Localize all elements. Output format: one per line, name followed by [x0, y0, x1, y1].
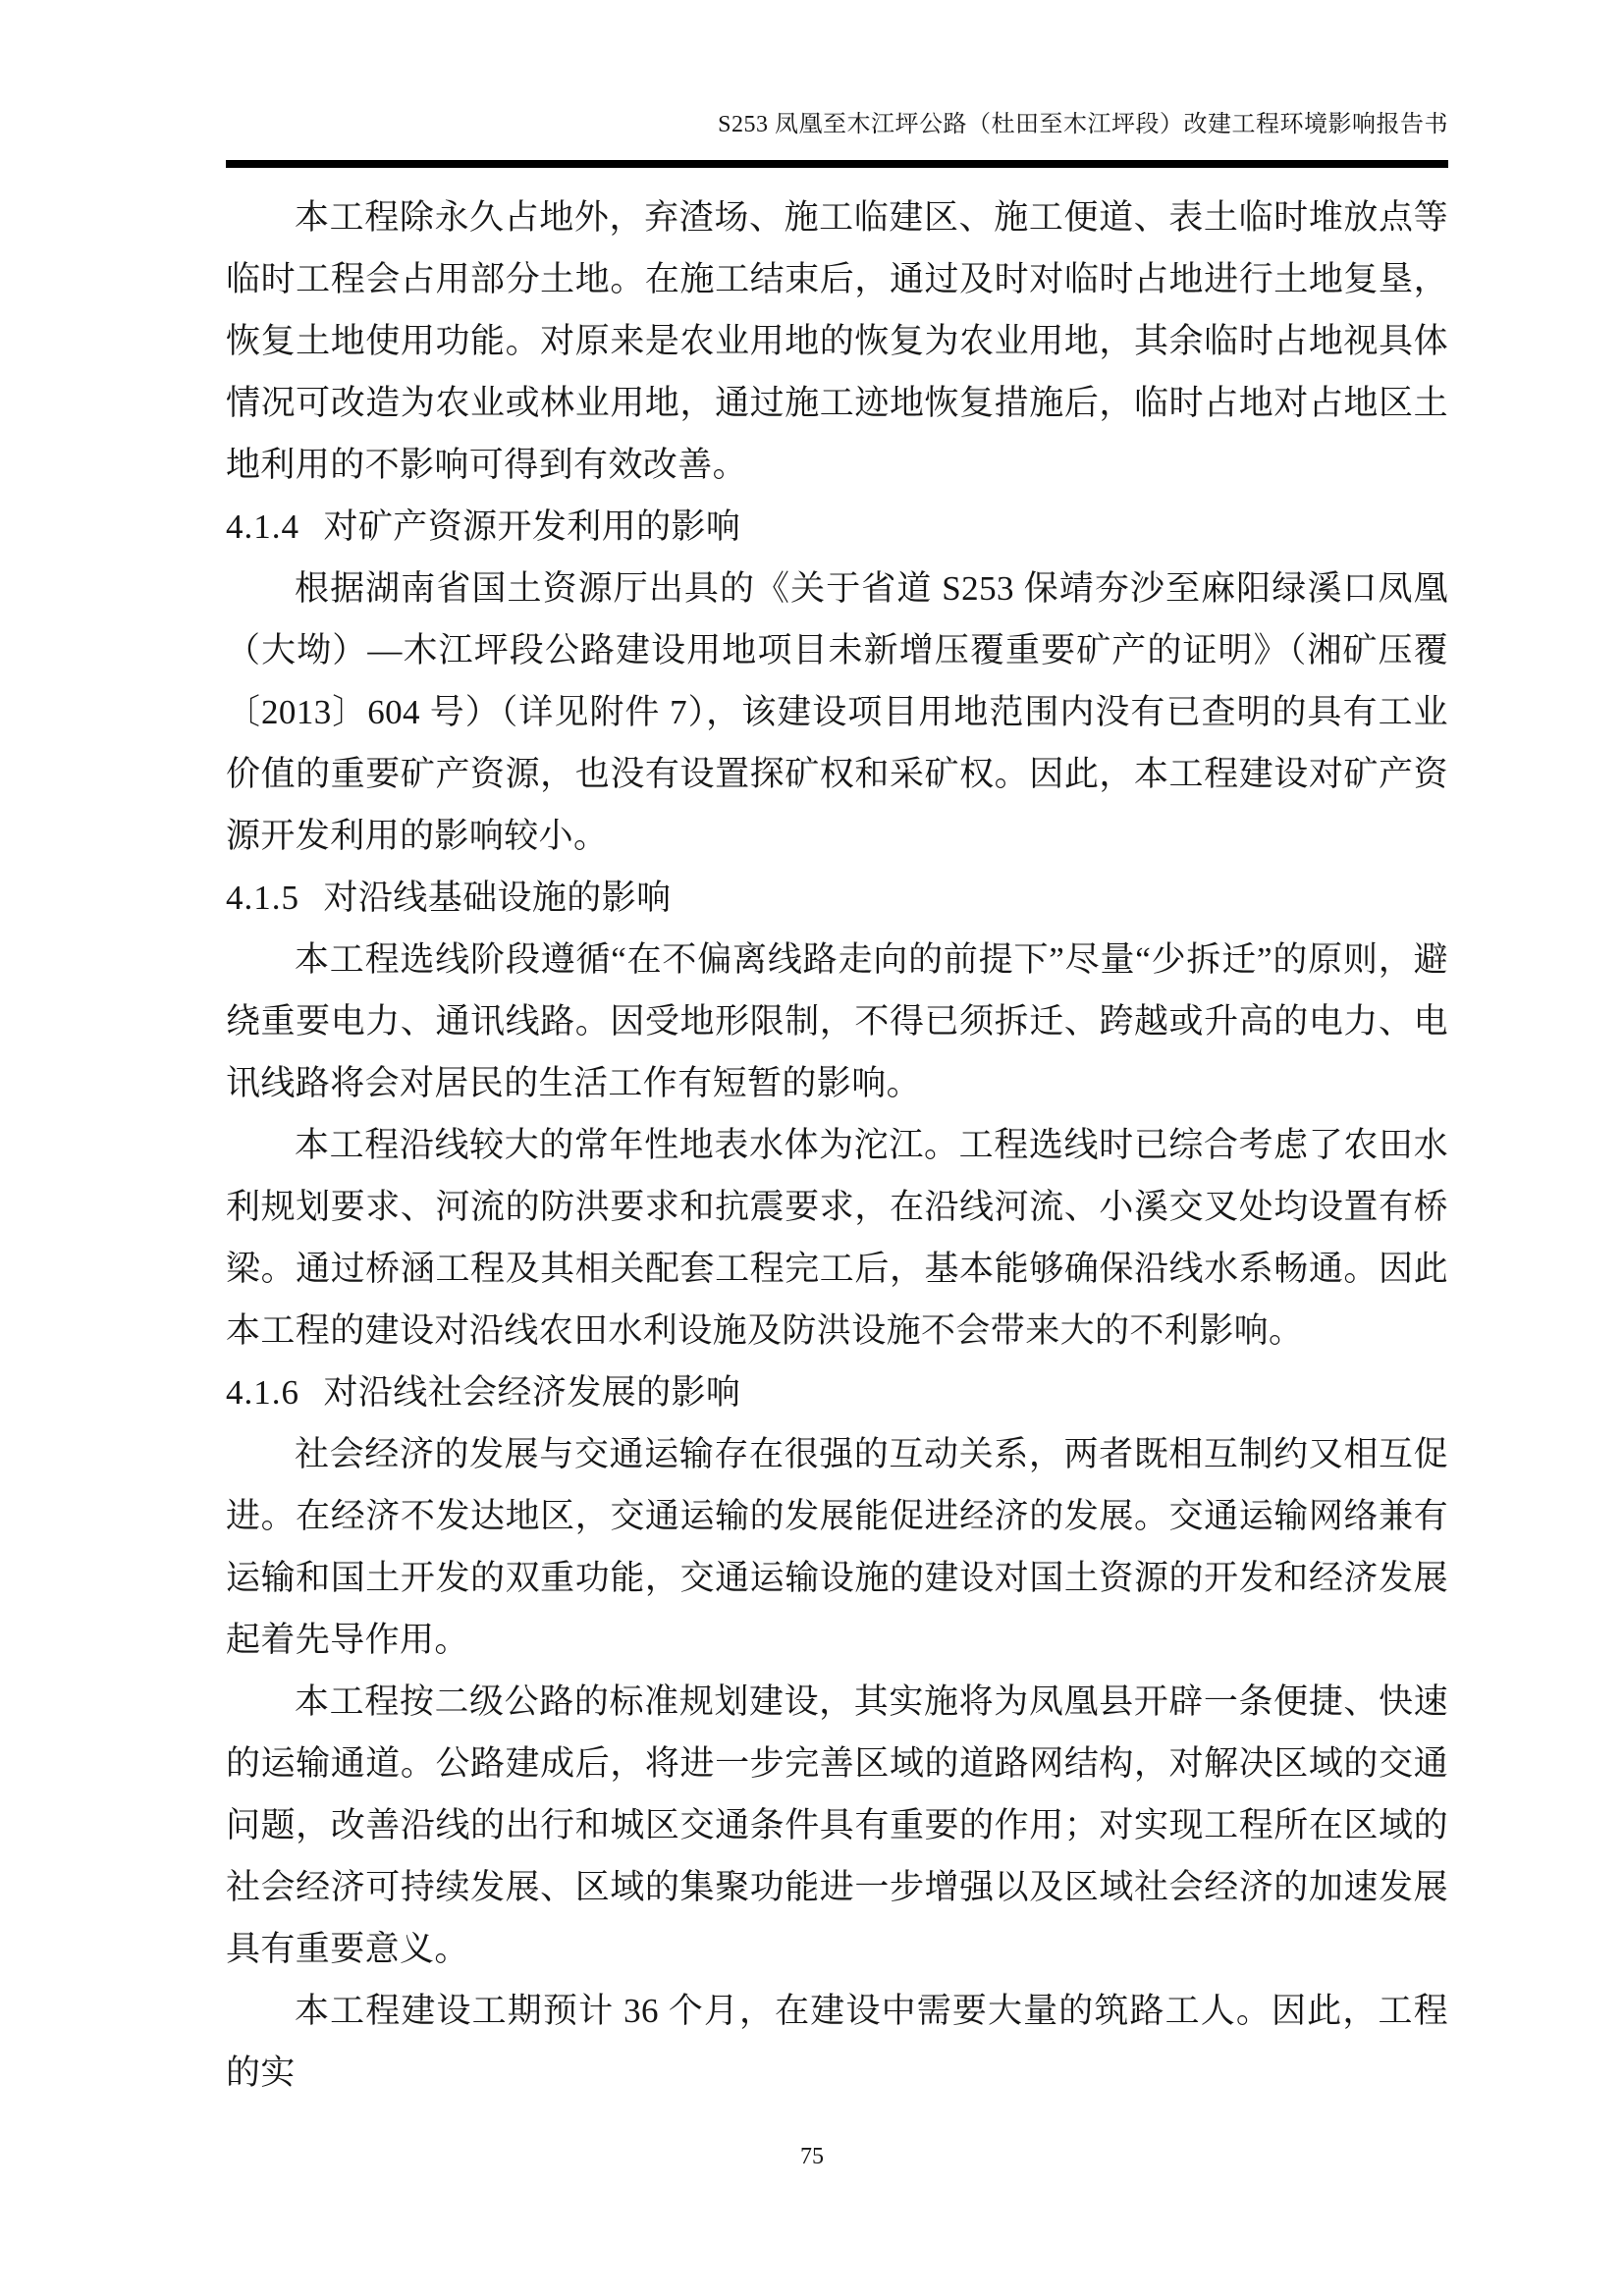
paragraph-construction-period: 本工程建设工期预计 36 个月，在建设中需要大量的筑路工人。因此，工程的实 [226, 1980, 1448, 2104]
paragraph-water-system: 本工程沿线较大的常年性地表水体为沱江。工程选线时已综合考虑了农田水利规划要求、河… [226, 1114, 1448, 1362]
section-heading-4-1-6: 4.1.6对沿线社会经济发展的影响 [226, 1362, 1448, 1423]
section-number: 4.1.4 [226, 496, 299, 558]
paragraph-route-selection: 本工程选线阶段遵循“在不偏离线路走向的前提下”尽量“少拆迁”的原则，避绕重要电力… [226, 929, 1448, 1114]
section-number: 4.1.5 [226, 867, 299, 929]
header-rule [226, 160, 1448, 168]
paragraph-mineral-resources: 根据湖南省国土资源厅出具的《关于省道 S253 保靖夯沙至麻阳绿溪口凤凰（大坳）… [226, 558, 1448, 867]
paragraph-socioeconomic-relation: 社会经济的发展与交通运输存在很强的互动关系，两者既相互制约又相互促进。在经济不发… [226, 1423, 1448, 1671]
running-header-title: S253 凤凰至木江坪公路（杜田至木江坪段）改建工程环境影响报告书 [226, 110, 1448, 139]
document-body: 本工程除永久占地外，弃渣场、施工临建区、施工便道、表土临时堆放点等临时工程会占用… [226, 187, 1448, 2104]
section-title: 对沿线基础设施的影响 [324, 879, 672, 917]
paragraph-land-occupation: 本工程除永久占地外，弃渣场、施工临建区、施工便道、表土临时堆放点等临时工程会占用… [226, 187, 1448, 496]
section-number: 4.1.6 [226, 1362, 299, 1423]
document-page: S253 凤凰至木江坪公路（杜田至木江坪段）改建工程环境影响报告书 本工程除永久… [0, 0, 1624, 2296]
section-heading-4-1-4: 4.1.4对矿产资源开发利用的影响 [226, 496, 1448, 558]
page-number: 75 [0, 2142, 1624, 2171]
section-title: 对矿产资源开发利用的影响 [324, 507, 741, 546]
section-heading-4-1-5: 4.1.5对沿线基础设施的影响 [226, 867, 1448, 929]
section-title: 对沿线社会经济发展的影响 [324, 1373, 741, 1412]
paragraph-road-standard: 本工程按二级公路的标准规划建设，其实施将为凤凰县开辟一条便捷、快速的运输通道。公… [226, 1671, 1448, 1980]
